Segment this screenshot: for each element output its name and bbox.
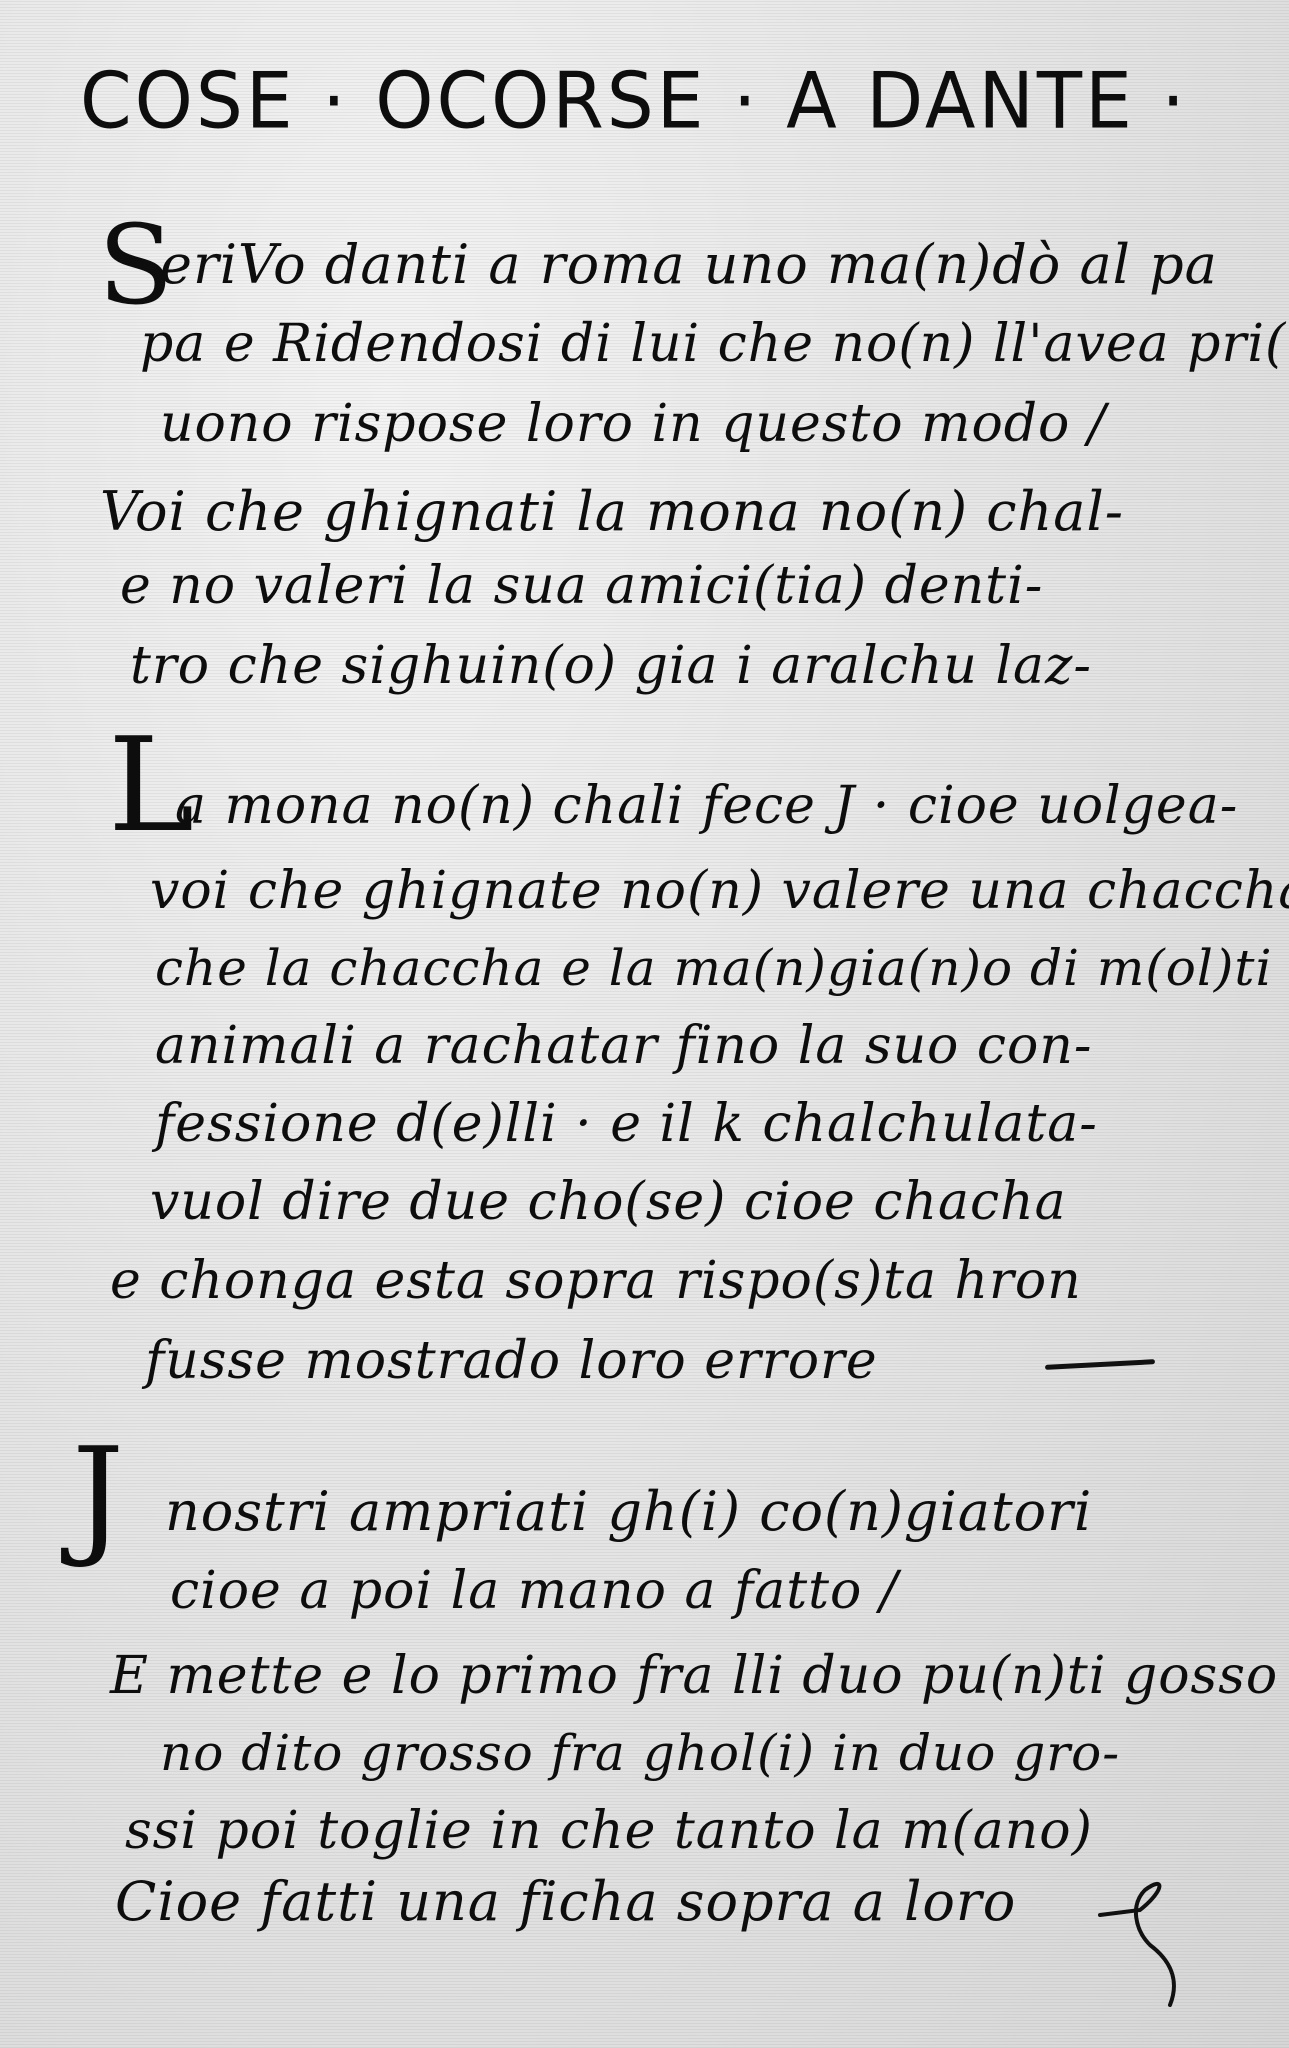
manuscript-line: che la chaccha e la ma(n)gia(n)o di m(ol… — [155, 943, 1289, 993]
manuscript-line: voi che ghignate no(n) valere una chacch… — [150, 865, 1289, 917]
page-title: COSE · OCORSE · A DANTE · — [80, 56, 1188, 146]
paragraph-initial: J — [72, 1430, 124, 1560]
manuscript-line: no dito grosso fra ghol(i) in duo gro- — [160, 1728, 1120, 1778]
manuscript-line: Voi che ghignati la mona no(n) chal- — [100, 485, 1124, 539]
manuscript-line: tro che sighuin(o) gia i aralchu laz- — [130, 640, 1092, 692]
manuscript-line: E mette e lo primo fra lli duo pu(n)ti g… — [110, 1650, 1278, 1702]
manuscript-line: eriVo danti a roma uno ma(n)dò al pa — [160, 238, 1218, 292]
manuscript-line: e no valeri la sua amici(tia) denti- — [120, 560, 1043, 612]
manuscript-line: ssi poi toglie in che tanto la m(ano) — [125, 1805, 1093, 1857]
manuscript-line: Cioe fatti una ficha sopra a loro — [115, 1875, 1016, 1929]
manuscript-line: fessione d(e)lli · e il k chalchulata- — [155, 1098, 1098, 1150]
manuscript-line: a mona no(n) chali fece J · cioe uolgea- — [175, 780, 1238, 832]
manuscript-line: pa e Ridendosi di lui che no(n) ll'avea … — [140, 318, 1289, 370]
manuscript-line: nostri ampriati gh(i) co(n)giatori — [165, 1485, 1092, 1539]
manuscript-page: COSE · OCORSE · A DANTE · S eriVo danti … — [0, 0, 1289, 2048]
manuscript-line: fusse mostrado loro errore — [145, 1335, 878, 1387]
line-filler-stroke — [1045, 1359, 1155, 1370]
manuscript-line: cioe a poi la mano a fatto / — [170, 1565, 898, 1617]
manuscript-line: animali a rachatar fino la suo con- — [155, 1020, 1092, 1072]
end-flourish-icon — [1095, 1870, 1215, 2030]
manuscript-line: vuol dire due cho(se) cioe chacha — [150, 1176, 1067, 1228]
manuscript-line: uono rispose loro in questo modo / — [160, 398, 1106, 450]
manuscript-line: e chonga esta sopra rispo(s)ta hron — [110, 1255, 1082, 1307]
